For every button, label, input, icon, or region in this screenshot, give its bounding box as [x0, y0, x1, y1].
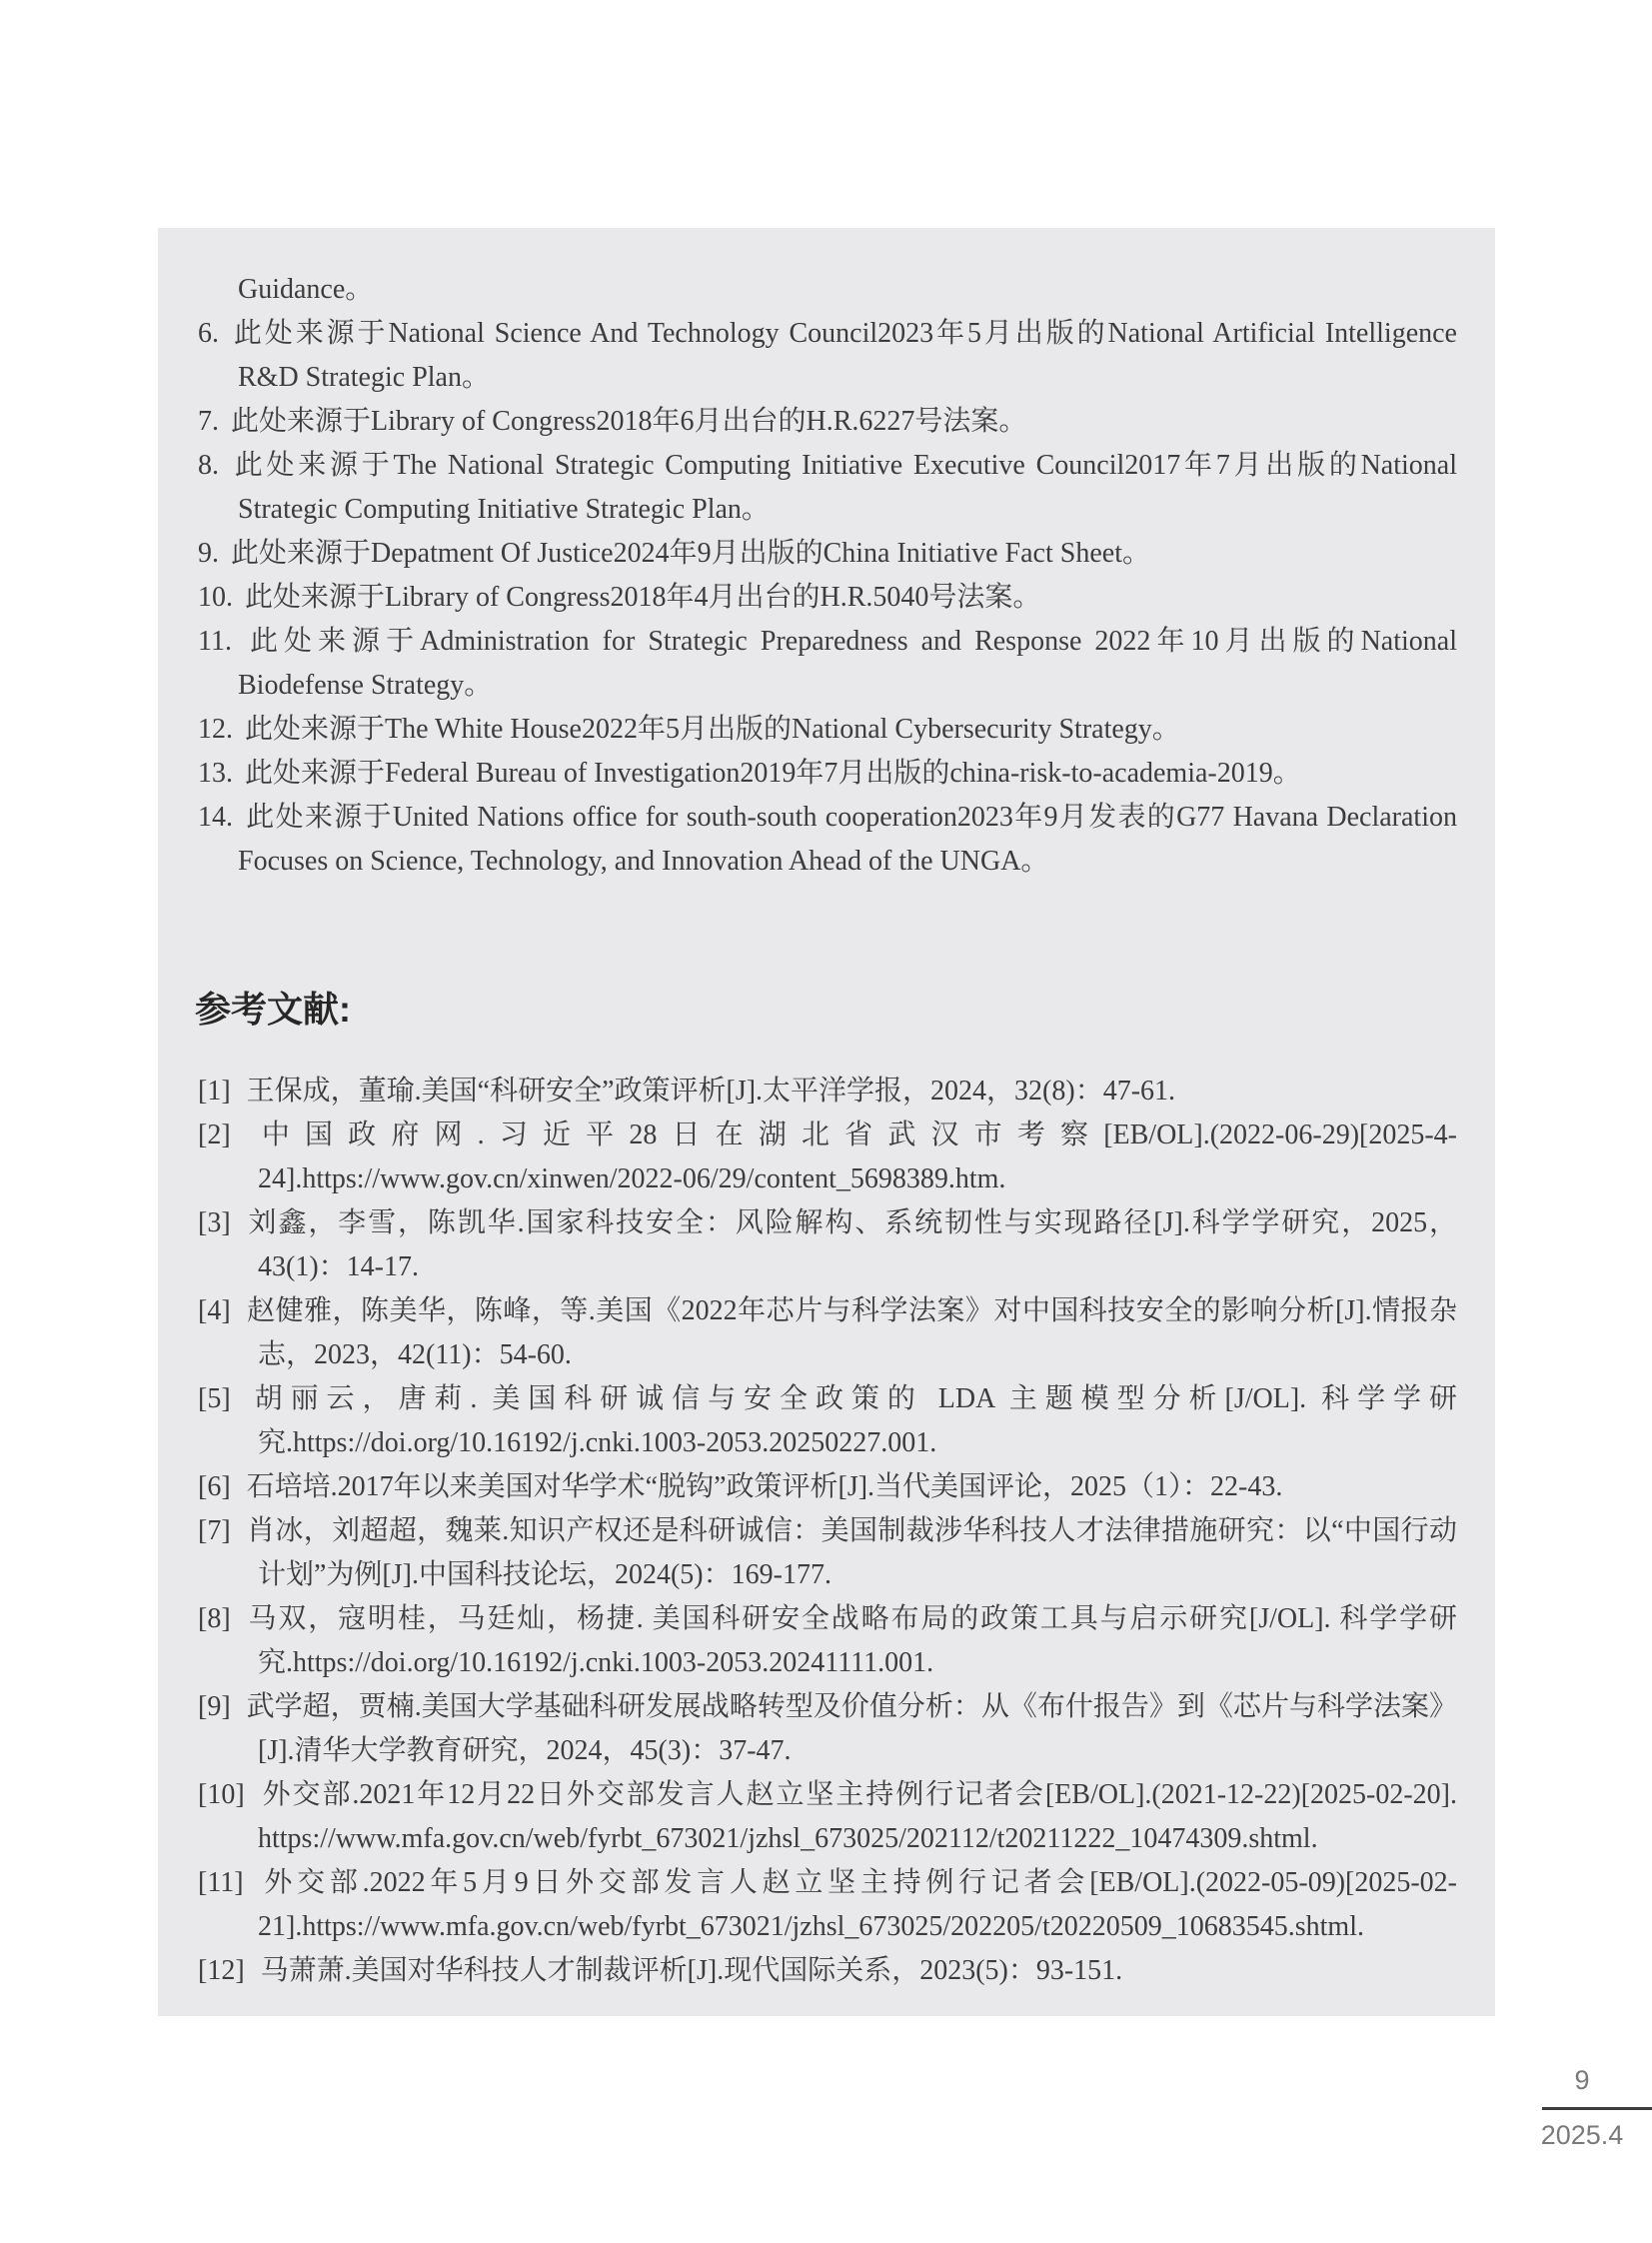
- reference-text: 马萧萧.美国对华科技人才制裁评析[J].现代国际关系，2023(5)：93-15…: [261, 1955, 1123, 1986]
- note-text: 此处来源于The National Strategic Computing In…: [231, 450, 1457, 525]
- note-text: 此处来源于Library of Congress2018年4月出台的H.R.50…: [245, 582, 1040, 613]
- reference-item: [8]马双，寇明桂，马廷灿，杨捷. 美国科研安全战略布局的政策工具与启示研究[J…: [158, 1597, 1457, 1685]
- reference-item: [5]胡丽云，唐莉. 美国科研诚信与安全政策的 LDA 主题模型分析[J/OL]…: [158, 1377, 1457, 1465]
- reference-item: [11]外交部.2022年5月9日外交部发言人赵立坚主持例行记者会[EB/OL]…: [158, 1861, 1457, 1949]
- note-text: 此处来源于National Science And Technology Cou…: [231, 318, 1457, 393]
- reference-item: [6]石培培.2017年以来美国对华学术“脱钩”政策评析[J].当代美国评论，2…: [158, 1465, 1457, 1509]
- note-text: 此处来源于Depatment Of Justice2024年9月出版的China…: [231, 538, 1150, 569]
- references-heading: 参考文献:: [158, 990, 1457, 1030]
- reference-text: 外交部.2021年12月22日外交部发言人赵立坚主持例行记者会[EB/OL].(…: [258, 1779, 1457, 1854]
- reference-label: [5]: [198, 1383, 231, 1414]
- note-number: 6.: [198, 318, 219, 349]
- reference-item: [2]中国政府网.习近平28日在湖北省武汉市考察[EB/OL].(2022-06…: [158, 1114, 1457, 1201]
- reference-label: [3]: [198, 1207, 231, 1238]
- document-page: Guidance。 6.此处来源于National Science And Te…: [0, 0, 1652, 2243]
- reference-text: 肖冰，刘超超，魏莱.知识产权还是科研诚信：美国制裁涉华科技人才法律措施研究：以“…: [247, 1515, 1457, 1590]
- reference-label: [10]: [198, 1779, 245, 1810]
- reference-text: 刘鑫，李雪，陈凯华.国家科技安全：风险解构、系统韧性与实现路径[J].科学学研究…: [247, 1207, 1457, 1282]
- issue-date: 2025.4: [1527, 2120, 1637, 2150]
- reference-text: 胡丽云，唐莉. 美国科研诚信与安全政策的 LDA 主题模型分析[J/OL]. 科…: [247, 1383, 1457, 1458]
- reference-label: [8]: [198, 1603, 231, 1634]
- reference-text: 武学超，贾楠.美国大学基础科研发展战略转型及价值分析：从《布什报告》到《芯片与科…: [247, 1691, 1457, 1766]
- note-item: 6.此处来源于National Science And Technology C…: [158, 312, 1457, 400]
- note-text: 此处来源于The White House2022年5月出版的National C…: [245, 714, 1180, 745]
- note-item: 9.此处来源于Depatment Of Justice2024年9月出版的Chi…: [158, 532, 1457, 576]
- reference-label: [11]: [198, 1867, 244, 1898]
- reference-item: [7]肖冰，刘超超，魏莱.知识产权还是科研诚信：美国制裁涉华科技人才法律措施研究…: [158, 1509, 1457, 1597]
- note-text: 此处来源于Library of Congress2018年6月出台的H.R.62…: [231, 406, 1026, 437]
- page-footer: 9 2025.4: [1527, 2065, 1652, 2150]
- note-continuation: Guidance。: [158, 268, 1457, 312]
- note-text: 此处来源于United Nations office for south-sou…: [238, 802, 1457, 877]
- reference-label: [2]: [198, 1120, 231, 1150]
- reference-label: [9]: [198, 1691, 231, 1722]
- reference-label: [4]: [198, 1295, 231, 1326]
- note-item: 11.此处来源于Administration for Strategic Pre…: [158, 620, 1457, 708]
- reference-text: 中国政府网.习近平28日在湖北省武汉市考察[EB/OL].(2022-06-29…: [247, 1120, 1457, 1194]
- reference-text: 赵健雅，陈美华，陈峰，等.美国《2022年芯片与科学法案》对中国科技安全的影响分…: [247, 1295, 1457, 1370]
- reference-item: [10]外交部.2021年12月22日外交部发言人赵立坚主持例行记者会[EB/O…: [158, 1773, 1457, 1861]
- note-number: 11.: [198, 626, 232, 657]
- note-number: 12.: [198, 714, 233, 745]
- note-number: 8.: [198, 450, 219, 481]
- reference-item: [9]武学超，贾楠.美国大学基础科研发展战略转型及价值分析：从《布什报告》到《芯…: [158, 1685, 1457, 1773]
- note-item: 10.此处来源于Library of Congress2018年4月出台的H.R…: [158, 576, 1457, 620]
- content-panel: Guidance。 6.此处来源于National Science And Te…: [158, 228, 1495, 2016]
- note-text: 此处来源于Federal Bureau of Investigation2019…: [245, 758, 1301, 789]
- note-item: 13.此处来源于Federal Bureau of Investigation2…: [158, 752, 1457, 796]
- note-number: 7.: [198, 406, 219, 437]
- footer-rule: [1542, 2107, 1652, 2110]
- note-text: 此处来源于Administration for Strategic Prepar…: [238, 626, 1457, 701]
- reference-text: 王保成，董瑜.美国“科研安全”政策评析[J].太平洋学报，2024，32(8)：…: [247, 1076, 1175, 1107]
- reference-text: 石培培.2017年以来美国对华学术“脱钩”政策评析[J].当代美国评论，2025…: [247, 1471, 1283, 1502]
- note-item: 8.此处来源于The National Strategic Computing …: [158, 444, 1457, 532]
- reference-item: [4]赵健雅，陈美华，陈峰，等.美国《2022年芯片与科学法案》对中国科技安全的…: [158, 1289, 1457, 1377]
- page-number: 9: [1527, 2065, 1637, 2095]
- note-item: 14.此处来源于United Nations office for south-…: [158, 796, 1457, 884]
- reference-label: [7]: [198, 1515, 231, 1546]
- reference-text: 马双，寇明桂，马廷灿，杨捷. 美国科研安全战略布局的政策工具与启示研究[J/OL…: [247, 1603, 1457, 1678]
- reference-item: [12]马萧萧.美国对华科技人才制裁评析[J].现代国际关系，2023(5)：9…: [158, 1949, 1457, 1993]
- note-item: 7.此处来源于Library of Congress2018年6月出台的H.R.…: [158, 400, 1457, 444]
- reference-label: [6]: [198, 1471, 231, 1502]
- note-number: 14.: [198, 802, 233, 833]
- reference-item: [1]王保成，董瑜.美国“科研安全”政策评析[J].太平洋学报，2024，32(…: [158, 1070, 1457, 1114]
- note-item: 12.此处来源于The White House2022年5月出版的Nationa…: [158, 708, 1457, 752]
- reference-label: [12]: [198, 1955, 245, 1986]
- note-number: 10.: [198, 582, 233, 613]
- reference-text: 外交部.2022年5月9日外交部发言人赵立坚主持例行记者会[EB/OL].(20…: [258, 1867, 1457, 1942]
- note-number: 13.: [198, 758, 233, 789]
- reference-item: [3]刘鑫，李雪，陈凯华.国家科技安全：风险解构、系统韧性与实现路径[J].科学…: [158, 1201, 1457, 1289]
- reference-label: [1]: [198, 1076, 231, 1107]
- note-number: 9.: [198, 538, 219, 569]
